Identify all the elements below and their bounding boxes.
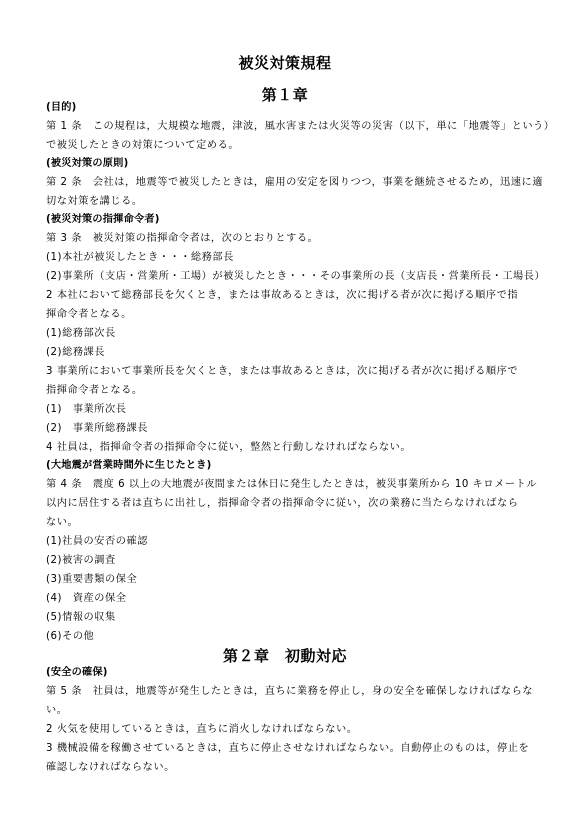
article-3-line-4: 2 本社において総務部長を欠くとき，または事故あるときは，次に掲げる者が次に掲げ…	[46, 289, 518, 303]
section-heading-principle: (被災対策の原則)	[46, 157, 128, 171]
article-4-line-3: ない。	[46, 516, 78, 530]
article-3-line-5: 揮命令者となる。	[46, 308, 132, 322]
section-heading-after-hours: (大地震が営業時間外に生じたとき)	[46, 459, 212, 473]
section-heading-commander: (被災対策の指揮命令者)	[46, 213, 160, 227]
article-5-line-1: 第 5 条 社員は，地震等が発生したときは，直ちに業務を停止し，身の安全を確保し…	[46, 685, 533, 699]
chapter-1-title: 第１章	[46, 84, 524, 105]
article-3-line-7: (2)総務課長	[46, 346, 105, 360]
article-3-line-9: 指揮命令者となる。	[46, 384, 143, 398]
article-3-line-1: 第 3 条 被災対策の指揮命令者は，次のとおりとする。	[46, 232, 318, 246]
article-4-item-5: (5)情報の収集	[46, 611, 116, 625]
article-5-line-5: 確認しなければならない。	[46, 761, 175, 775]
article-3-line-10: (1) 事業所次長	[46, 403, 127, 417]
document-title: 被災対策規程	[46, 52, 524, 73]
article-5-line-2: い。	[46, 704, 67, 718]
article-5-line-3: 2 火気を使用しているときは，直ちに消火しなければならない。	[46, 723, 357, 737]
article-4-item-3: (3)重要書類の保全	[46, 573, 137, 587]
article-3-line-2: (1)本社が被災したとき・・・総務部長	[46, 251, 234, 265]
article-3-line-8: 3 事業所において事業所長を欠くとき，または事故あるときは，次に掲げる者が次に掲…	[46, 365, 518, 379]
chapter-2-title: 第２章 初動対応	[46, 645, 524, 666]
article-4-item-2: (2)被害の調査	[46, 554, 116, 568]
article-3-line-3: (2)事業所（支店・営業所・工場）が被災したとき・・・その事業所の長（支店長・営…	[46, 270, 545, 284]
section-heading-safety: (安全の確保)	[46, 666, 108, 680]
article-4-line-2: 以内に居住する者は直ちに出社し，指揮命令者の指揮命令に従い，次の業務に当たらなけ…	[46, 497, 518, 511]
article-4-item-4: (4) 資産の保全	[46, 592, 127, 606]
section-heading-purpose: (目的)	[46, 101, 77, 115]
article-3-line-6: (1)総務部次長	[46, 327, 116, 341]
article-4-item-1: (1)社員の安否の確認	[46, 535, 148, 549]
article-5-line-4: 3 機械設備を稼働させているときは，直ちに停止させなければならない。自動停止のも…	[46, 742, 529, 756]
article-4-item-6: (6)その他	[46, 630, 94, 644]
article-2-line-2: 切な対策を講じる。	[46, 195, 143, 209]
article-2-line-1: 第 2 条 会社は，地震等で被災したときは，雇用の安定を図りつつ，事業を継続させ…	[46, 176, 543, 190]
article-4-line-1: 第 4 条 震度 6 以上の大地震が夜間または休日に発生したときは，被災事業所か…	[46, 478, 537, 492]
article-1-line-1: 第 1 条 この規程は，大規模な地震，津波，風水害または火災等の災害（以下，単に…	[46, 120, 555, 134]
article-3-line-12: 4 社員は，指揮命令者の指揮命令に従い，整然と行動しなければならない。	[46, 441, 411, 455]
article-1-line-2: で被災したときの対策について定める。	[46, 139, 239, 153]
article-3-line-11: (2) 事業所総務課長	[46, 422, 148, 436]
